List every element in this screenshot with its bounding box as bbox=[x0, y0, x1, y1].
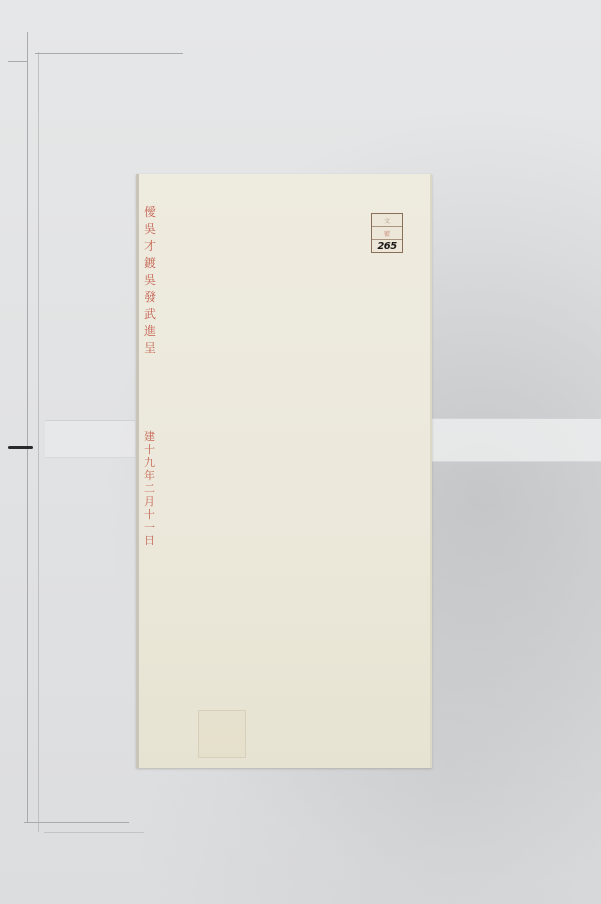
date-char: 月 bbox=[144, 495, 155, 508]
sender-char: 武 bbox=[144, 306, 156, 323]
pencil-guide-vertical-inner bbox=[38, 52, 39, 832]
sender-char: 吳 bbox=[144, 221, 156, 238]
date-char: 建 bbox=[144, 430, 155, 443]
date-char: 年 bbox=[144, 469, 155, 482]
date-char: 一 bbox=[144, 521, 155, 534]
date-column: 建 十 九 年 二 月 十 一 日 bbox=[144, 430, 155, 547]
pencil-tick-top bbox=[8, 61, 28, 62]
envelope-paper bbox=[136, 174, 432, 768]
sender-char: 吳 bbox=[144, 272, 156, 289]
sender-char: 鍍 bbox=[144, 255, 156, 272]
stamp-top-cell: 文 bbox=[372, 214, 402, 227]
date-char: 日 bbox=[144, 534, 155, 547]
sender-char: 呈 bbox=[144, 340, 156, 357]
mount-hinge-strip-left bbox=[45, 420, 135, 458]
sender-char: 進 bbox=[144, 323, 156, 340]
faint-seal-impression bbox=[198, 710, 246, 758]
archive-number-stamp: 文 號 265 bbox=[371, 213, 403, 253]
sender-char: 才 bbox=[144, 238, 156, 255]
sender-char: 發 bbox=[144, 289, 156, 306]
stamp-middle-cell: 號 bbox=[372, 227, 402, 240]
pencil-guide-vertical-outer bbox=[27, 32, 28, 822]
pencil-tick-bottom bbox=[44, 832, 144, 833]
sender-column: 僾 吳 才 鍍 吳 發 武 進 呈 bbox=[144, 204, 156, 357]
pencil-mark-left bbox=[8, 446, 33, 449]
date-char: 十 bbox=[144, 508, 155, 521]
archive-number: 265 bbox=[372, 240, 402, 252]
date-char: 二 bbox=[144, 482, 155, 495]
date-char: 九 bbox=[144, 456, 155, 469]
pencil-guide-horizontal-top bbox=[35, 53, 183, 54]
date-char: 十 bbox=[144, 443, 155, 456]
sender-char: 僾 bbox=[144, 204, 156, 221]
mount-hinge-strip-right bbox=[430, 418, 601, 462]
pencil-guide-horizontal-bottom bbox=[24, 822, 129, 823]
